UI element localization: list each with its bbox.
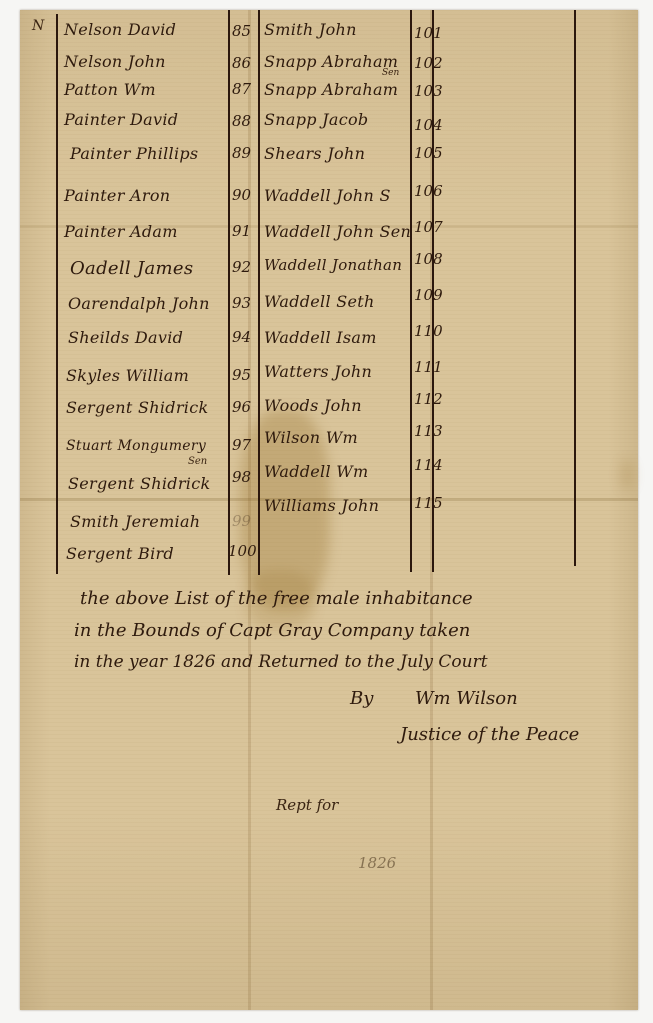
left-number: 92 <box>232 258 251 276</box>
left-name: Painter Phillips <box>70 144 198 163</box>
left-name: Nelson David <box>64 20 176 39</box>
left-margin-rule <box>56 14 58 574</box>
signature: Wm Wilson <box>415 688 518 709</box>
right-number: 112 <box>414 390 443 408</box>
left-number: 99 <box>232 512 251 530</box>
left-number: 95 <box>232 366 251 384</box>
left-number: 98 <box>232 468 251 486</box>
column-rule <box>574 10 576 566</box>
left-number: 96 <box>232 398 251 416</box>
seniority-annotation: Sen <box>188 456 207 467</box>
left-number: 86 <box>232 54 251 72</box>
left-name: Sergent Shidrick <box>68 474 210 493</box>
right-name: Waddell John Sen <box>264 222 411 241</box>
right-number: 101 <box>414 24 443 42</box>
docket-year: 1826 <box>358 854 396 872</box>
left-number: 85 <box>232 22 251 40</box>
left-number: 93 <box>232 294 251 312</box>
left-name: Painter Adam <box>64 222 178 241</box>
right-number: 107 <box>414 218 443 236</box>
right-number: 115 <box>414 494 443 512</box>
right-name: Waddell Seth <box>264 292 375 311</box>
right-number: 105 <box>414 144 443 162</box>
right-number: 108 <box>414 250 443 268</box>
right-number: 111 <box>414 358 443 376</box>
certification-line-2: in the Bounds of Capt Gray Company taken <box>74 620 470 641</box>
right-name: Waddell Isam <box>264 328 377 347</box>
right-name: Snapp Abraham <box>264 52 398 71</box>
left-name: Oadell James <box>70 258 193 279</box>
left-name: Sergent Shidrick <box>66 398 208 417</box>
right-name: Snapp Jacob <box>264 110 368 129</box>
right-name: Smith John <box>264 20 357 39</box>
right-number: 104 <box>414 116 443 134</box>
docket-note: Rept for <box>276 796 338 814</box>
seniority-annotation: Sen <box>382 68 399 78</box>
right-name: Snapp Abraham <box>264 80 398 99</box>
right-name: Woods John <box>264 396 362 415</box>
right-name: Waddell John S <box>264 186 391 205</box>
left-name: Nelson John <box>64 52 166 71</box>
left-number: 97 <box>232 436 251 454</box>
left-number: 88 <box>232 112 251 130</box>
left-name: Patton Wm <box>64 80 156 99</box>
left-number: 90 <box>232 186 251 204</box>
right-number: 113 <box>414 422 443 440</box>
left-name: Skyles William <box>66 366 189 385</box>
left-number: 89 <box>232 144 251 162</box>
right-number: 114 <box>414 456 443 474</box>
left-name: Sergent Bird <box>66 544 174 563</box>
left-name: Stuart Mongumery <box>66 438 206 454</box>
left-name: Painter David <box>64 110 178 129</box>
left-name: Sheilds David <box>68 328 183 347</box>
right-number: 106 <box>414 182 443 200</box>
right-number: 109 <box>414 286 443 304</box>
left-number: 87 <box>232 80 251 98</box>
certification-line-3: in the year 1826 and Returned to the Jul… <box>74 652 488 672</box>
right-name: Williams John <box>264 496 379 515</box>
right-number: 102 <box>414 54 443 72</box>
column-rule <box>258 10 260 575</box>
left-name: Painter Aron <box>64 186 170 205</box>
document-page: N Nelson David 85 Nelson John 86 Patton … <box>20 10 638 1010</box>
by-label: By <box>350 688 373 709</box>
right-number: 103 <box>414 82 443 100</box>
right-name: Waddell Jonathan <box>264 256 402 274</box>
right-number: 110 <box>414 322 443 340</box>
column-rule <box>228 10 230 575</box>
right-name: Wilson Wm <box>264 428 358 447</box>
right-name: Watters John <box>264 362 372 381</box>
left-number: 100 <box>228 542 257 560</box>
left-number: 94 <box>232 328 251 346</box>
right-name: Shears John <box>264 144 365 163</box>
signatory-title: Justice of the Peace <box>400 724 579 745</box>
corner-mark: N <box>32 18 44 34</box>
left-number: 91 <box>232 222 251 240</box>
column-rule <box>410 10 412 572</box>
left-name: Smith Jeremiah <box>70 512 200 531</box>
certification-line-1: the above List of the free male inhabita… <box>80 588 473 609</box>
right-name: Waddell Wm <box>264 462 368 481</box>
left-name: Oarendalph John <box>68 294 210 313</box>
water-stain <box>620 460 634 490</box>
